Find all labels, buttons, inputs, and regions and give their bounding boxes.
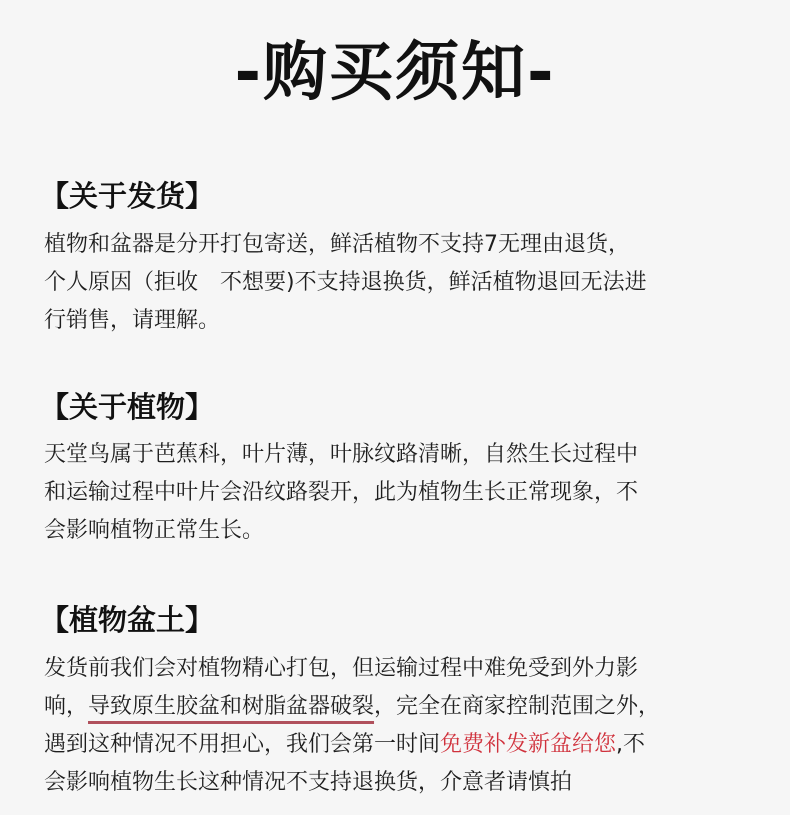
section-heading-plants: 【关于植物】 (40, 387, 214, 427)
section-body-shipping: 植物和盆器是分开打包寄送，鲜活植物不支持7无理由退货， 个人原因（拒收 不想要)… (44, 226, 744, 340)
text-line: 遇到这种情况不用担心，我们会第一时间免费补发新盆给您,不 (44, 726, 744, 764)
underlined-emphasis: 导致原生胶盆和树脂盆器破裂 (88, 694, 374, 719)
section-heading-shipping: 【关于发货】 (40, 176, 214, 216)
text-segment: 遇到这种情况不用担心，我们会第一时间 (44, 732, 440, 757)
text-line: 行销售，请理解。 (44, 302, 744, 340)
text-segment: ,不 (616, 732, 645, 757)
section-body-pots-soil: 发货前我们会对植物精心打包，但运输过程中难免受到外力影 响，导致原生胶盆和树脂盆… (44, 650, 744, 802)
red-highlight-free-replacement: 免费补发新盆给您 (440, 732, 616, 757)
text-line: 和运输过程中叶片会沿纹路裂开，此为植物生长正常现象，不 (44, 474, 744, 512)
text-line: 响，导致原生胶盆和树脂盆器破裂，完全在商家控制范围之外， (44, 688, 744, 726)
text-line: 天堂鸟属于芭蕉科，叶片薄，叶脉纹路清晰，自然生长过程中 (44, 436, 744, 474)
text-line: 个人原因（拒收 不想要)不支持退换货，鲜活植物退回无法进 (44, 264, 744, 302)
text-line: 会影响植物生长这种情况不支持退换货，介意者请慎拍 (44, 764, 744, 802)
text-line: 植物和盆器是分开打包寄送，鲜活植物不支持7无理由退货， (44, 226, 744, 264)
text-segment: ，完全在商家控制范围之外， (374, 694, 660, 719)
section-heading-pots-soil: 【植物盆土】 (40, 600, 214, 640)
section-body-plants: 天堂鸟属于芭蕉科，叶片薄，叶脉纹路清晰，自然生长过程中 和运输过程中叶片会沿纹路… (44, 436, 744, 550)
text-line: 会影响植物正常生长。 (44, 512, 744, 550)
text-line: 发货前我们会对植物精心打包，但运输过程中难免受到外力影 (44, 650, 744, 688)
page-title: -购买须知- (0, 28, 790, 118)
text-segment: 响， (44, 694, 88, 719)
